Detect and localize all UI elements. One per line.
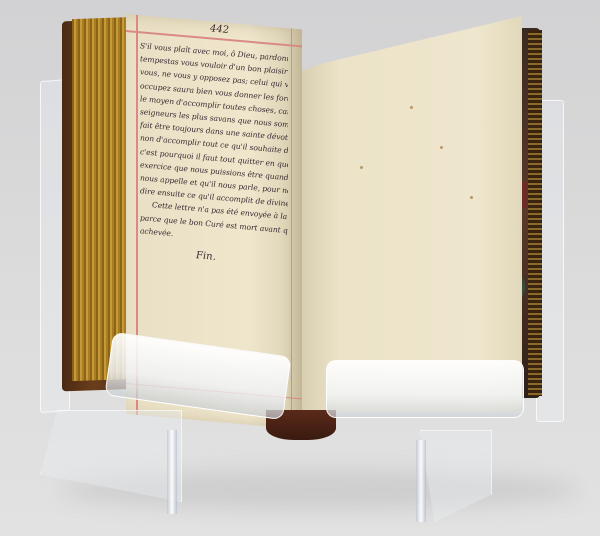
foxing-spot	[360, 166, 363, 169]
acrylic-page-retainer-right	[326, 360, 524, 418]
margin-rule-right	[291, 28, 293, 428]
handwritten-text: S'il vous plaît avec moi, ô Dieu, pardon…	[140, 39, 288, 250]
right-page-blank	[300, 16, 522, 412]
end-word: Fin.	[196, 250, 216, 263]
acrylic-stand-leg-left	[167, 430, 177, 514]
tooled-cover-edge	[528, 30, 542, 396]
foxing-spot	[440, 146, 443, 149]
page-number: 442	[210, 23, 229, 36]
gilt-page-edges	[72, 17, 134, 381]
acrylic-stand-leg-right	[416, 440, 426, 522]
foxing-spot	[470, 196, 473, 199]
foxing-spot	[410, 106, 413, 109]
